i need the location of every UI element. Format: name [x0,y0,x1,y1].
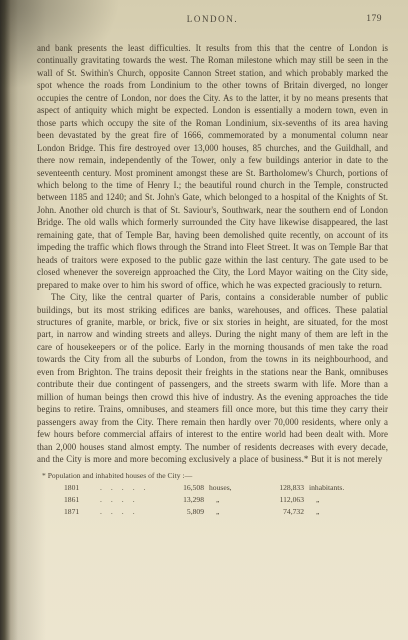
footnote-houses: 13,298 [162,494,204,506]
dot-leader: .... [100,506,162,518]
footnote-year: 1861 [64,494,100,506]
footnote-inhabitants-unit: inhabitants. [304,482,374,494]
running-header: LONDON. 179 [37,14,388,28]
ditto-mark: „ [204,506,250,518]
dot-leader: ..... [100,482,162,494]
footnote-row: 1801 ..... 16,508 houses, 128,833 inhabi… [64,482,388,494]
paragraph-continuation: and bank presents the least difficulties… [37,42,388,291]
footnote-table: 1801 ..... 16,508 houses, 128,833 inhabi… [64,482,388,517]
running-title: LONDON. [37,14,388,24]
footnote-inhabitants: 112,063 [250,494,304,506]
dot-leader: .... [100,494,162,506]
footnote-houses: 5,809 [162,506,204,518]
footnote-houses-unit: houses, [204,482,250,494]
footnote-inhabitants: 74,732 [250,506,304,518]
page-gutter-shadow [0,0,18,640]
ditto-mark: „ [304,494,374,506]
footnote: * Population and inhabited houses of the… [42,470,388,517]
ditto-mark: „ [304,506,374,518]
book-page-scan: LONDON. 179 and bank presents the least … [0,0,408,640]
paragraph-city: The City, like the central quarter of Pa… [37,291,388,465]
footnote-intro: * Population and inhabited houses of the… [42,470,388,482]
page-content: LONDON. 179 and bank presents the least … [37,14,388,518]
ditto-mark: „ [204,494,250,506]
footnote-houses: 16,508 [162,482,204,494]
footnote-year: 1801 [64,482,100,494]
body-text: and bank presents the least difficulties… [37,42,388,465]
footnote-row: 1871 .... 5,809 „ 74,732 „ [64,506,388,518]
footnote-inhabitants: 128,833 [250,482,304,494]
page-number: 179 [366,14,382,24]
footnote-row: 1861 .... 13,298 „ 112,063 „ [64,494,388,506]
footnote-year: 1871 [64,506,100,518]
